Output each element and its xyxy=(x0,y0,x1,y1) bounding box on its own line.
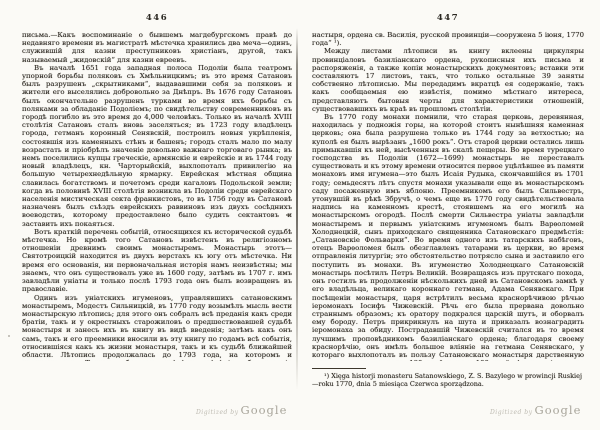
paragraph: Одинъ изъ уніатскихъ игуменовъ, управляв… xyxy=(22,294,292,362)
footnote-block: ¹) Xięga historji monasteru Satanowskieg… xyxy=(312,368,582,389)
page-text-right: настыря, ордена св. Василія, русской про… xyxy=(312,31,584,361)
scanned-book-spread: { "colors": { "paper": "#fbfaf6", "ink":… xyxy=(0,0,600,430)
footnote-text: ¹) Xięga historji monasteru Satanowskieg… xyxy=(312,373,582,389)
google-watermark-left: Digitized byGoogle xyxy=(196,399,287,418)
page-right: 447 настыря, ордена св. Василія, русской… xyxy=(312,0,584,361)
paragraph: Въ 1770 году монахи помнили, что старая … xyxy=(312,113,584,361)
digitized-by-script: Digitized by xyxy=(196,409,239,416)
page-text-left: письма.—Какъ воспоминаніе о бывшемъ магд… xyxy=(22,31,292,361)
paragraph: настыря, ордена св. Василія, русской про… xyxy=(312,31,584,47)
paragraph: Между листами лѣтописи въ книгу вклеены … xyxy=(312,47,584,113)
scan-speck xyxy=(8,335,10,337)
digitized-by-script: Digitized by xyxy=(490,409,533,416)
paragraph: Въ началѣ 1651 года западная полоса Подо… xyxy=(22,64,292,228)
page-number-right: 447 xyxy=(312,13,584,23)
paragraph: письма.—Какъ воспоминаніе о бывшемъ магд… xyxy=(22,31,292,64)
google-watermark-right: Digitized byGoogle xyxy=(490,399,581,418)
google-logo-text: Google xyxy=(535,403,582,417)
page-number-left: 446 xyxy=(22,13,292,23)
book-gutter-shadow xyxy=(296,28,298,390)
paragraph: Вотъ краткій перечень событій, относящих… xyxy=(22,228,292,294)
google-logo-text: Google xyxy=(241,403,288,417)
scan-speck xyxy=(286,214,290,216)
footnote-rule xyxy=(312,368,366,369)
page-left: 446 письма.—Какъ воспоминаніе о бывшемъ … xyxy=(22,0,292,361)
